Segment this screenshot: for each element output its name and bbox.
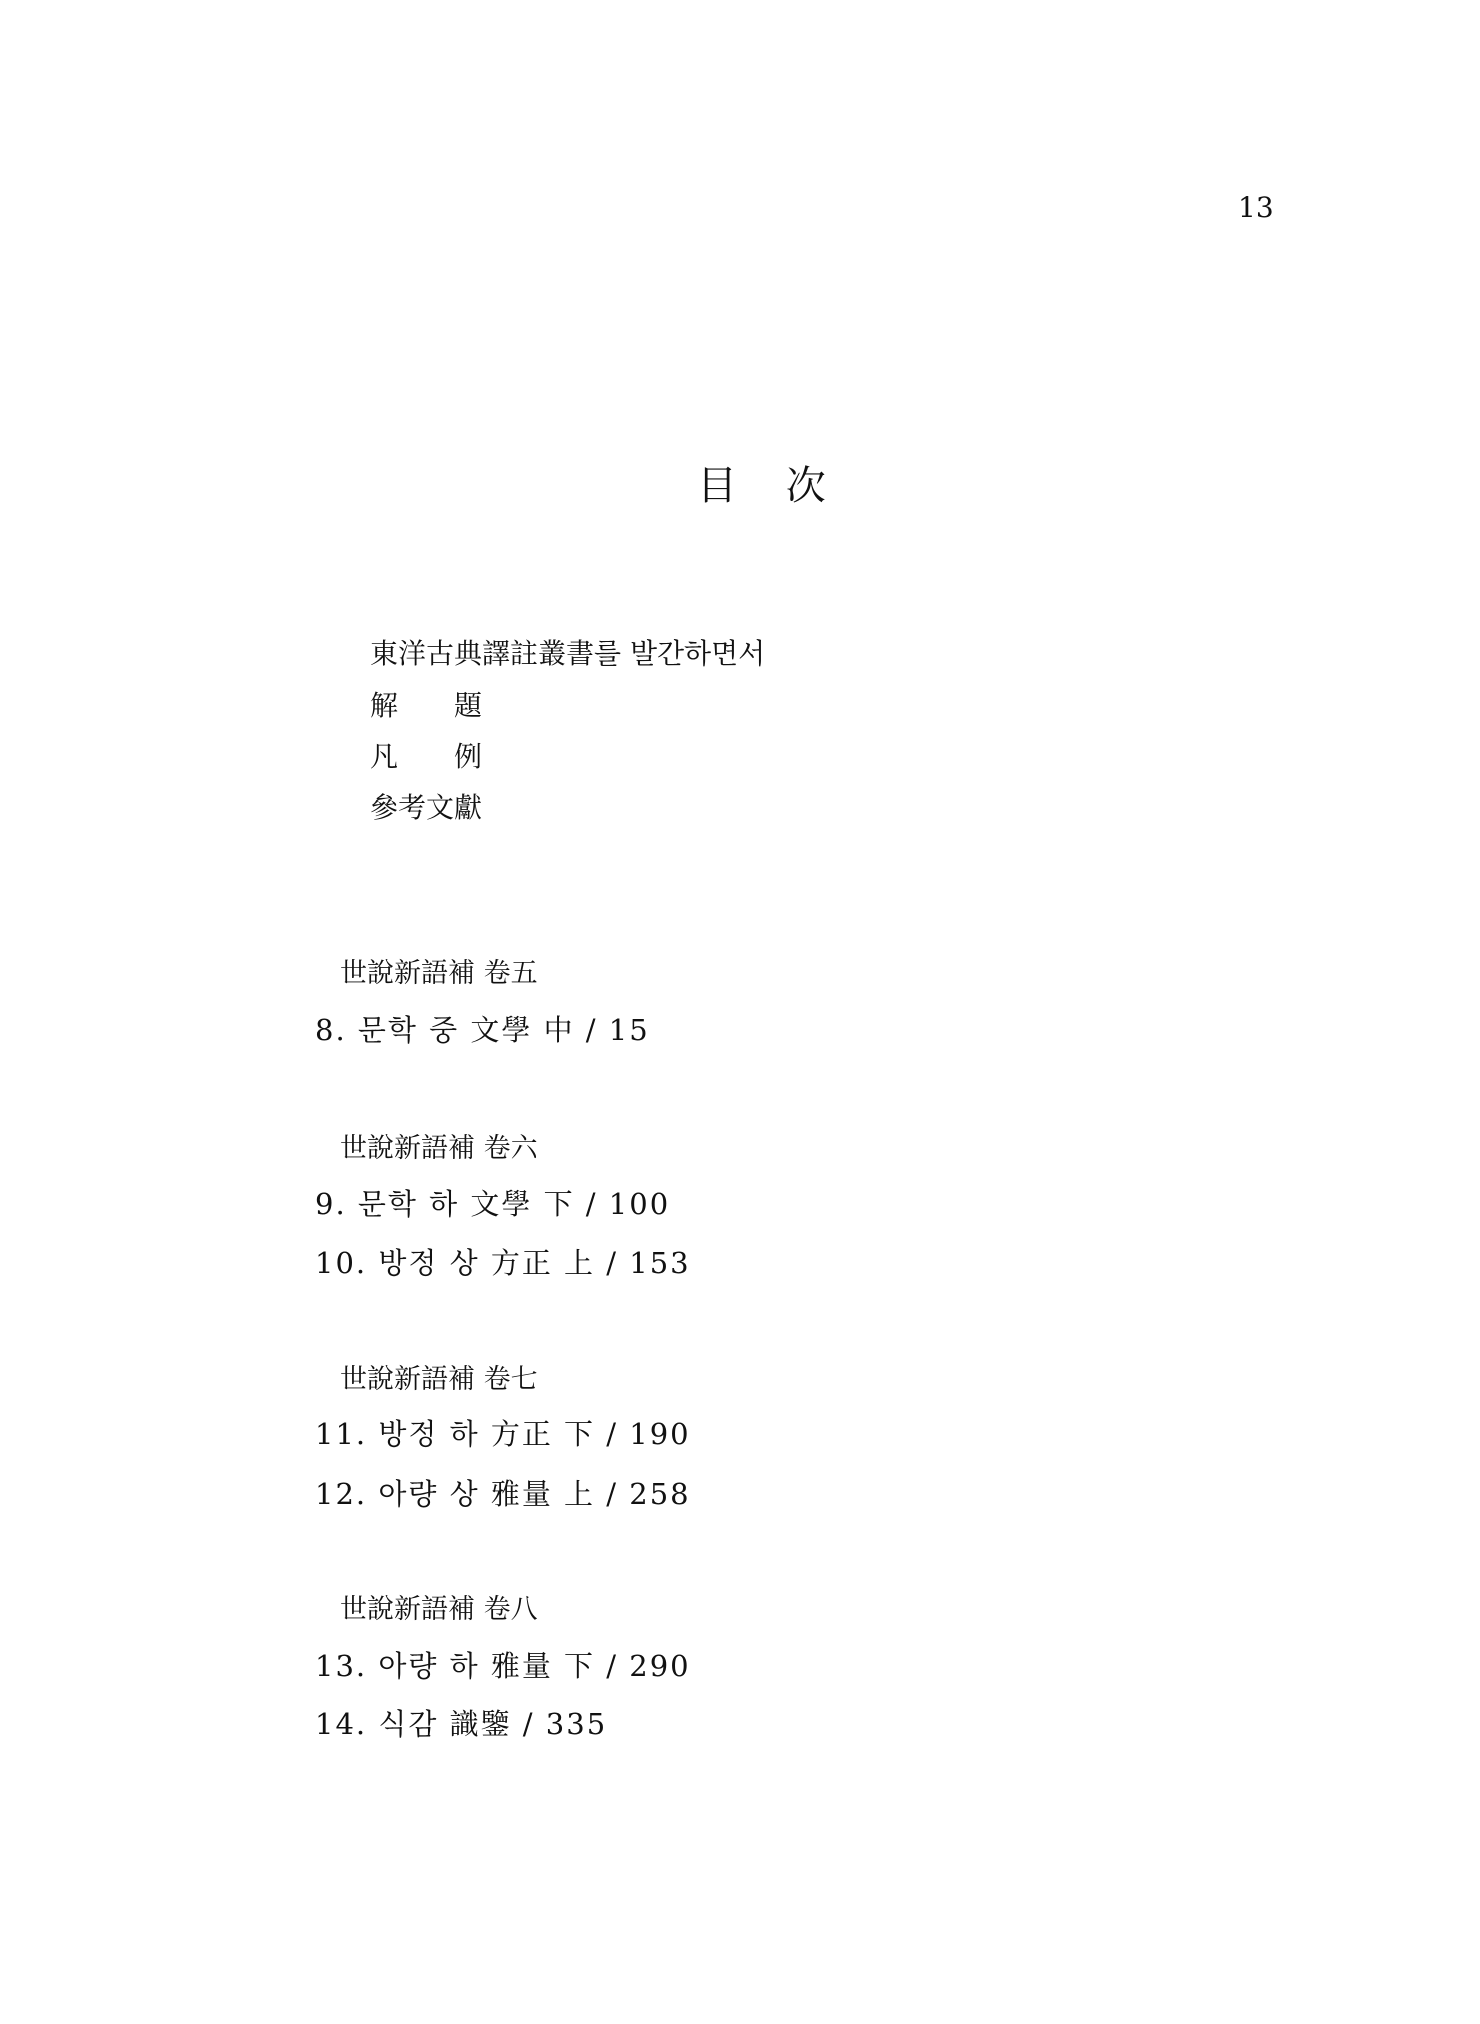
toc-entry: 11. 방정 하 方正 下 / 190 <box>315 1420 691 1449</box>
toc-entry: 12. 아량 상 雅量 上 / 258 <box>315 1480 691 1509</box>
volume-header: 世說新語補 卷五 <box>340 960 538 987</box>
volume-header: 世說新語補 卷七 <box>340 1366 538 1393</box>
toc-front-item: 東洋古典譯註叢書를 발간하면서 <box>370 640 765 668</box>
toc-entry: 13. 아량 하 雅量 下 / 290 <box>315 1652 691 1681</box>
volume-header: 世說新語補 卷六 <box>340 1135 538 1162</box>
toc-front-item: 參考文獻 <box>370 794 482 822</box>
page-number: 13 <box>1238 194 1274 222</box>
page-title: 目 次 <box>697 466 844 506</box>
toc-entry: 8. 문학 중 文學 中 / 15 <box>315 1016 650 1045</box>
volume-header: 世說新語補 卷八 <box>340 1596 538 1623</box>
toc-front-item: 凡 例 <box>370 743 482 771</box>
toc-front-item: 解 題 <box>370 692 482 720</box>
toc-entry: 9. 문학 하 文學 下 / 100 <box>315 1190 670 1219</box>
toc-entry: 14. 식감 識鑒 / 335 <box>315 1710 607 1739</box>
toc-entry: 10. 방정 상 方正 上 / 153 <box>315 1249 691 1278</box>
